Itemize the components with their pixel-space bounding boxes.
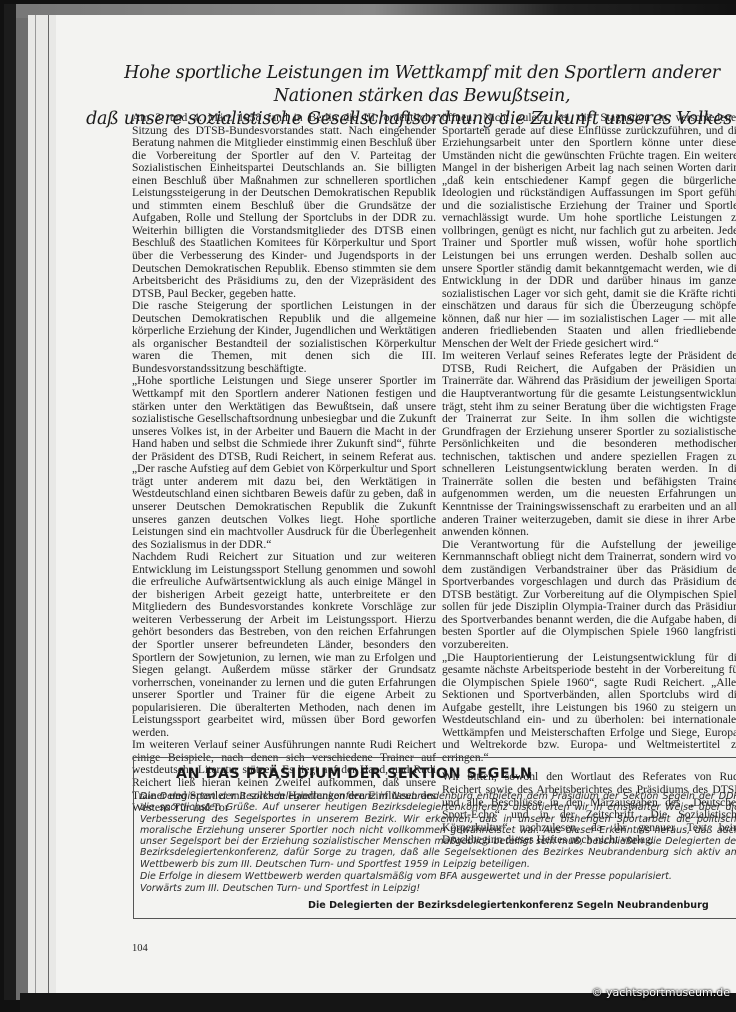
notice-paragraph: Vorwärts zum III. Deutschen Turn- und Sp…	[140, 883, 736, 894]
notice-paragraph: Die Delegierten der Bezirksdelegiertenko…	[140, 791, 736, 870]
notice-box-title: AN DAS PRÄSIDIUM DER SEKTION SEGELN	[176, 766, 532, 782]
notice-box-body: Die Delegierten der Bezirksdelegiertenko…	[140, 791, 736, 896]
paragraph: „Hohe sportliche Leistungen und Siege un…	[132, 375, 436, 551]
article-left-column: Am 3. und 4. März 1958 fand in Berlin di…	[132, 112, 436, 815]
paragraph: Im weiteren Verlauf seines Referates leg…	[442, 350, 736, 538]
book-spine	[4, 4, 16, 1000]
page-stack-edges	[28, 15, 57, 995]
notice-signature: Die Delegierten der Bezirksdelegiertenko…	[308, 900, 709, 911]
paragraph: Nachdem Rudi Reichert zur Situation und …	[132, 551, 436, 739]
paragraph: „Die Hauptorientierung der Leistungsentw…	[442, 652, 736, 765]
paragraph: Die Verantwortung für die Aufstellung de…	[442, 539, 736, 652]
page-number: 104	[132, 943, 148, 954]
paragraph: Am 3. und 4. März 1958 fand in Berlin di…	[132, 112, 436, 300]
watermark: © yachtsportmuseum.de	[592, 986, 730, 999]
paragraph: Die rasche Steigerung der sportlichen Le…	[132, 300, 436, 375]
notice-paragraph: Die Erfolge in diesem Wettbewerb werden …	[140, 871, 736, 882]
article-right-column: öffnen. Nicht zuletzt sei die Stagnation…	[442, 112, 736, 847]
paragraph: öffnen. Nicht zuletzt sei die Stagnation…	[442, 112, 736, 350]
article-title-line-1: Hohe sportliche Leistungen im Wettkampf …	[82, 62, 736, 108]
